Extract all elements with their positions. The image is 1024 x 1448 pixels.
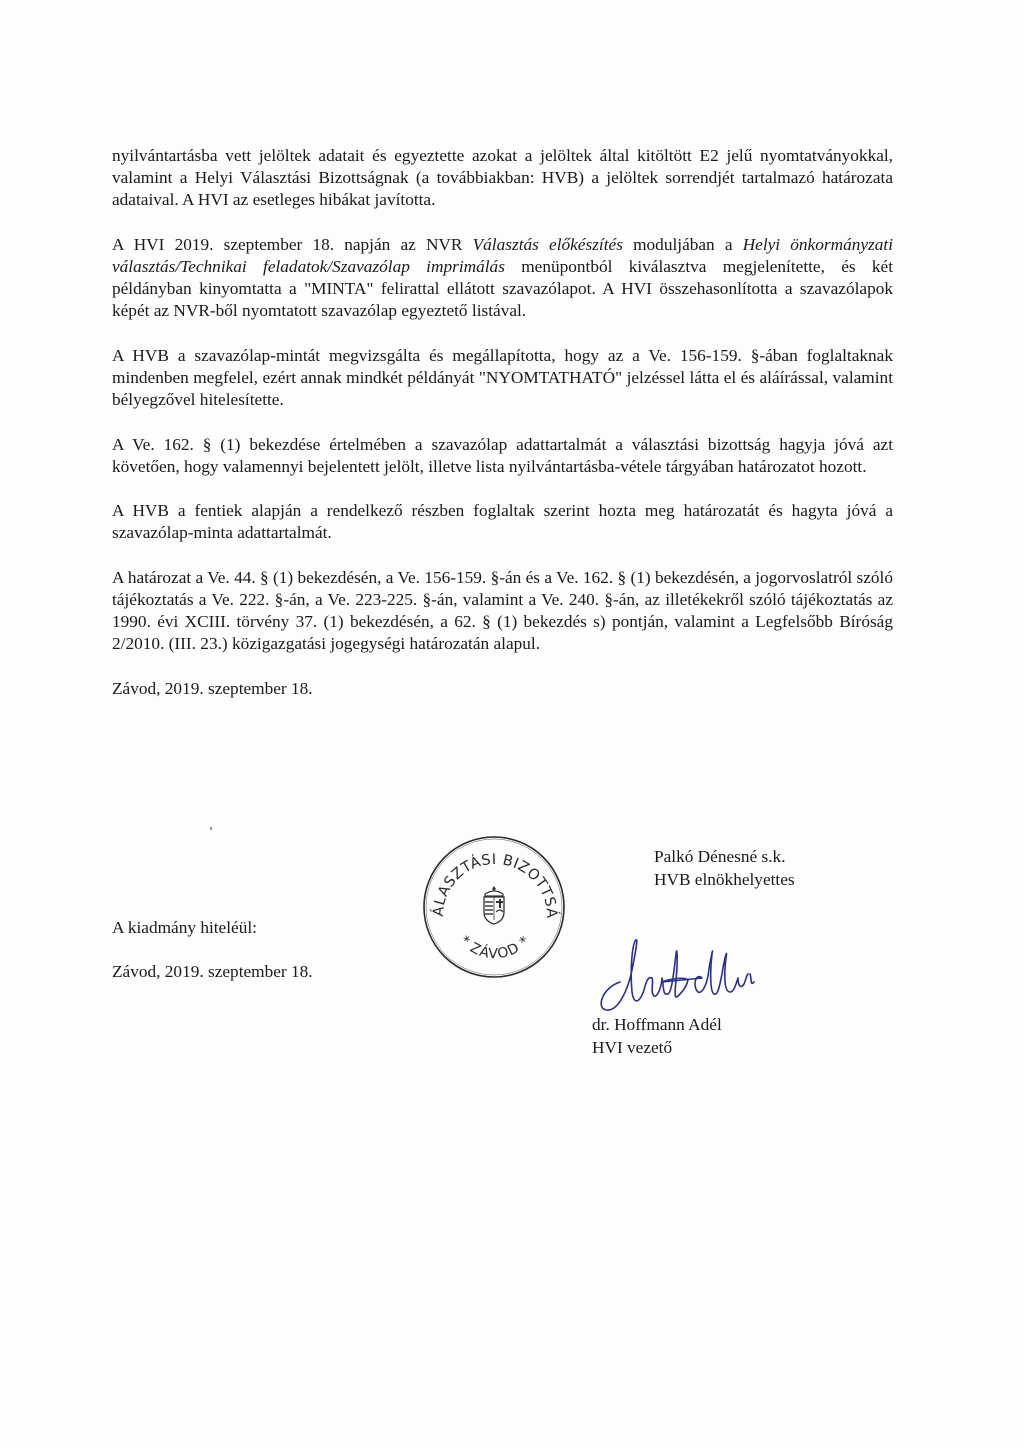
scan-speck xyxy=(210,827,212,830)
text-run: A határozat a Ve. 44. § (1) bekezdésén, … xyxy=(112,568,893,654)
paragraph-decision: A HVB a fentiek alapján a rendelkező rés… xyxy=(112,500,893,544)
hungarian-coat-of-arms-icon xyxy=(484,886,504,924)
place-date: Závod, 2019. szeptember 18. xyxy=(112,678,893,700)
paragraph-hvb-review: A HVB a szavazólap-mintát megvizsgálta é… xyxy=(112,345,893,412)
text-run: Závod, 2019. szeptember 18. xyxy=(112,679,313,698)
signatory-2-title: HVI vezető xyxy=(592,1037,672,1059)
text-run: A HVB a fentiek alapján a rendelkező rés… xyxy=(112,501,893,542)
paragraph-legal-references: A határozat a Ve. 44. § (1) bekezdésén, … xyxy=(112,567,893,656)
document-page: nyilvántartásba vett jelöltek adatait és… xyxy=(0,0,1024,1448)
official-stamp: VÁLASZTÁSI BIZOTTSÁG * ZÁVOD * xyxy=(421,834,567,980)
signatory-2-name: dr. Hoffmann Adél xyxy=(592,1014,722,1036)
paragraph-nvr-printing: A HVI 2019. szeptember 18. napján az NVR… xyxy=(112,234,893,323)
handwritten-signature xyxy=(592,930,772,1015)
stamp-bottom-text: * ZÁVOD * xyxy=(456,933,533,962)
text-run: moduljában a xyxy=(623,235,743,254)
paragraph-candidate-data: nyilvántartásba vett jelöltek adatait és… xyxy=(112,145,893,212)
certification-place-date: Závod, 2019. szeptember 18. xyxy=(112,961,313,983)
document-body: nyilvántartásba vett jelöltek adatait és… xyxy=(112,145,893,722)
text-run: A HVI 2019. szeptember 18. napján az NVR xyxy=(112,235,473,254)
paragraph-legal-basis-162: A Ve. 162. § (1) bekezdése értelmében a … xyxy=(112,434,893,478)
text-run: A Ve. 162. § (1) bekezdése értelmében a … xyxy=(112,435,893,476)
certification-label: A kiadmány hiteléül: xyxy=(112,917,257,939)
italic-term: Választás előkészítés xyxy=(473,235,623,254)
signatory-1-title: HVB elnökhelyettes xyxy=(654,869,795,891)
text-run: A HVB a szavazólap-mintát megvizsgálta é… xyxy=(112,346,893,409)
signatory-1-name: Palkó Dénesné s.k. xyxy=(654,846,786,868)
text-run: nyilvántartásba vett jelöltek adatait és… xyxy=(112,146,893,209)
